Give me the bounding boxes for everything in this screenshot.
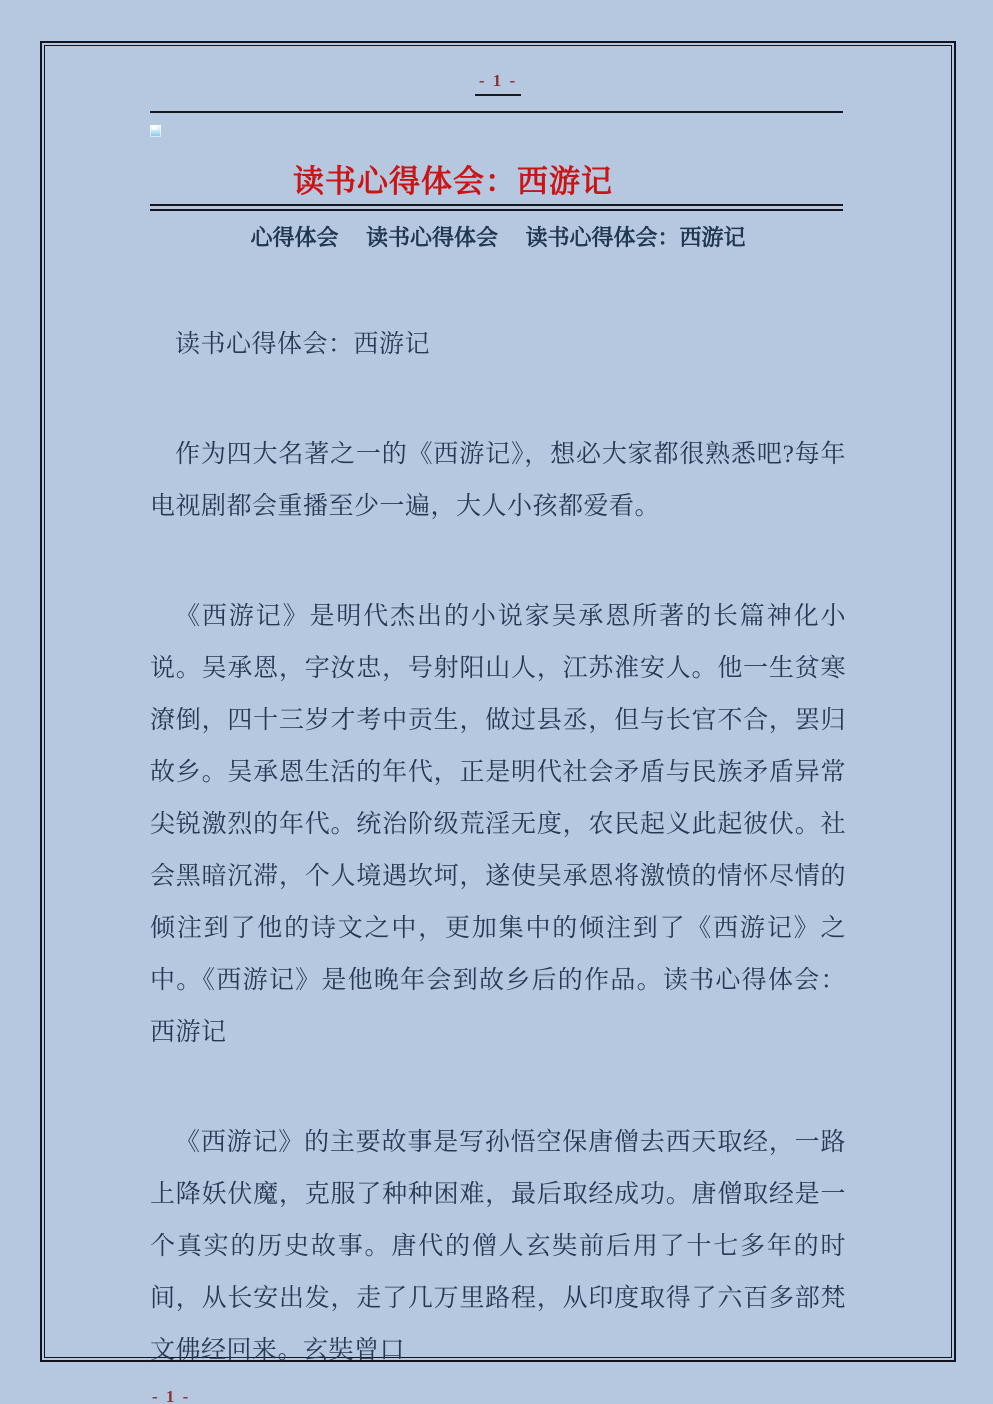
icon-row bbox=[150, 124, 846, 137]
body-paragraph: 《西游记》是明代杰出的小说家吴承恩所著的长篇神化小说。吴承恩，字汝忠，号射阳山人… bbox=[150, 591, 846, 1059]
page-border-frame: - 1 - 读书心得体会：西游记 心得体会 读书心得体会 读书心得体会：西游记 … bbox=[40, 41, 956, 1362]
header-page-number: - 1 - bbox=[475, 71, 521, 96]
document-body: 读书心得体会：西游记 作为四大名著之一的《西游记》，想必大家都很熟悉吧?每年电视… bbox=[150, 319, 846, 1377]
header-rule bbox=[150, 111, 843, 113]
image-placeholder-icon bbox=[150, 125, 161, 137]
page-content: - 1 - 读书心得体会：西游记 心得体会 读书心得体会 读书心得体会：西游记 … bbox=[42, 43, 954, 1360]
footer: - 1 - bbox=[150, 1387, 846, 1404]
body-paragraph: 作为四大名著之一的《西游记》，想必大家都很熟悉吧?每年电视剧都会重播至少一遍，大… bbox=[150, 429, 846, 533]
keywords-line: 心得体会 读书心得体会 读书心得体会：西游记 bbox=[150, 223, 846, 253]
document-title: 读书心得体会：西游记 bbox=[150, 161, 756, 203]
body-paragraph: 《西游记》的主要故事是写孙悟空保唐僧去西天取经，一路上降妖伏魔，克服了种种困难，… bbox=[150, 1117, 846, 1377]
body-paragraph: 读书心得体会：西游记 bbox=[150, 319, 846, 371]
header: - 1 - bbox=[150, 71, 846, 95]
footer-page-number: - 1 - bbox=[152, 1387, 190, 1404]
title-double-rule bbox=[150, 204, 843, 211]
